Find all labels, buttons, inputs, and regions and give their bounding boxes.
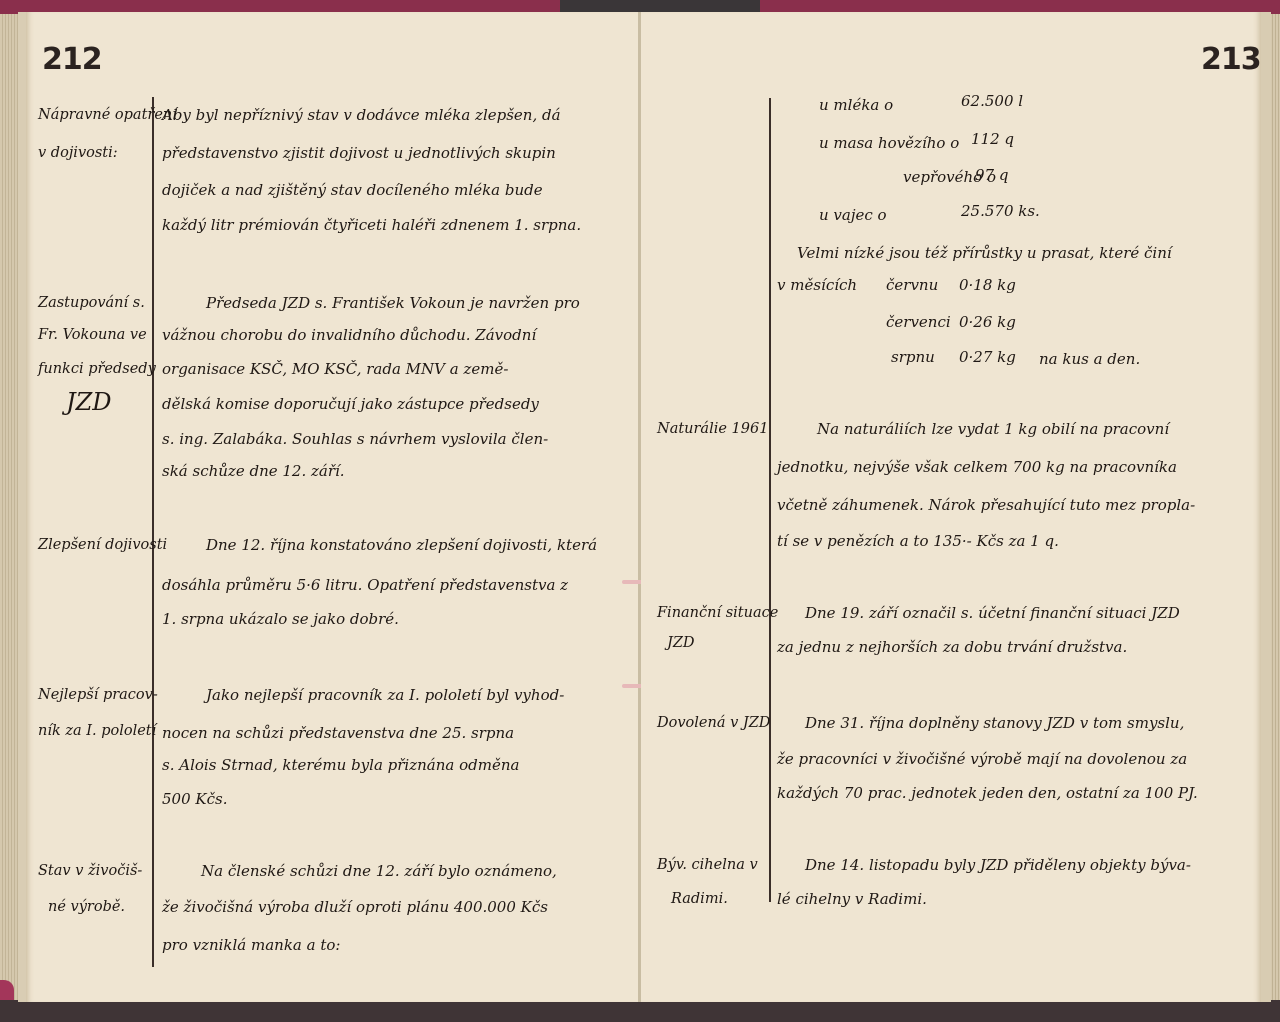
text-line: s. Alois Strnad, kterému byla přiznána o… <box>162 758 519 773</box>
text-line: Aby byl nepříznivý stav v dodávce mléka … <box>162 108 561 123</box>
text-line: jednotku, nejvýše však celkem 700 kg na … <box>777 460 1177 475</box>
text-line: za jednu z nejhorších za dobu trvání dru… <box>777 640 1127 655</box>
text-line: lé cihelny v Radimi. <box>777 892 927 907</box>
text-line: s. ing. Zalabáka. Souhlas s návrhem vysl… <box>162 432 548 447</box>
table-item: u mléka o <box>819 98 893 113</box>
text-line: Dne 19. září označil s. účetní finanční … <box>805 606 1180 621</box>
page-number: 213 <box>1201 42 1261 77</box>
text-line: 1. srpna ukázalo se jako dobré. <box>162 612 399 627</box>
margin-heading: ník za I. pololetí <box>38 724 156 739</box>
page-stack-edge-left <box>0 14 18 1000</box>
text-line: Velmi nízké jsou též přírůstky u prasat,… <box>797 246 1172 261</box>
text-line: Jako nejlepší pracovník za I. pololetí b… <box>206 688 564 703</box>
margin-heading: Dovolená v JZD <box>657 716 770 731</box>
margin-heading: JZD <box>667 636 695 651</box>
table-value: 97 q <box>975 168 1008 183</box>
text-line: organisace KSČ, MO KSČ, rada MNV a země- <box>162 362 508 377</box>
margin-heading: Fr. Vokouna ve <box>38 328 147 343</box>
text-line: dělská komise doporučují jako zástupce p… <box>162 397 539 412</box>
page-number: 212 <box>42 42 102 77</box>
text-line: každý litr prémiován čtyřiceti haléři zd… <box>162 218 581 233</box>
text-line: dojiček a nad zjištěný stav docíleného m… <box>162 183 543 198</box>
margin-heading: funkci předsedy <box>38 362 156 377</box>
text-line: vážnou chorobu do invalidního důchodu. Z… <box>162 328 536 343</box>
month-suffix: na kus a den. <box>1039 352 1140 367</box>
margin-heading: Zlepšení dojivosti <box>38 538 167 553</box>
margin-heading: Finanční situace <box>657 606 778 621</box>
margin-heading: JZD <box>66 390 112 414</box>
margin-heading: Radimi. <box>671 892 728 907</box>
month-label: červnu <box>886 278 938 293</box>
text-line: Dne 14. listopadu byly JZD přiděleny obj… <box>805 858 1191 873</box>
margin-heading: v dojivosti: <box>38 146 118 161</box>
text-line: Dne 12. října konstatováno zlepšení doji… <box>206 538 597 553</box>
left-page: 212 Nápravné opatření v dojivosti: Aby b… <box>18 12 649 1002</box>
text-line: Na členské schůzi dne 12. září bylo ozná… <box>201 864 557 879</box>
margin-heading: Nápravné opatření <box>38 108 177 123</box>
text-line: tí se v penězích a to 135·- Kčs za 1 q. <box>777 534 1059 549</box>
text-line: Dne 31. října doplněny stanovy JZD v tom… <box>805 716 1184 731</box>
text-line: Předseda JZD s. František Vokoun je navr… <box>206 296 580 311</box>
table-value: 62.500 l <box>961 94 1023 109</box>
month-value: 0·18 kg <box>959 278 1016 293</box>
margin-heading: Zastupování s. <box>38 296 145 311</box>
month-label: červenci <box>886 315 951 330</box>
table-value: 112 q <box>971 132 1014 147</box>
margin-heading: Naturálie 1961 <box>657 422 768 437</box>
margin-heading: né výrobě. <box>48 900 125 915</box>
text-line: nocen na schůzi představenstva dne 25. s… <box>162 726 514 741</box>
table-value: 25.570 ks. <box>961 204 1040 219</box>
month-value: 0·27 kg <box>959 350 1016 365</box>
text-line: ská schůze dne 12. září. <box>162 464 345 479</box>
text-line: představenstvo zjistit dojivost u jednot… <box>162 146 556 161</box>
bookmark-ribbon <box>0 980 14 1000</box>
text-line: v měsících <box>777 278 857 293</box>
text-line: pro vzniklá manka a to: <box>162 938 340 953</box>
text-line: že živočišná výroba dluží oproti plánu 4… <box>162 900 548 915</box>
book-cover-bottom <box>0 1000 1280 1022</box>
table-item: u masa hovězího o <box>819 136 959 151</box>
text-line: dosáhla průměru 5·6 litru. Opatření před… <box>162 578 568 593</box>
margin-rule <box>769 98 771 902</box>
margin-heading: Nejlepší pracov- <box>38 688 158 703</box>
margin-heading: Býv. cihelna v <box>657 858 758 873</box>
right-page: 213 u mléka o 62.500 l u masa hovězího o… <box>641 12 1271 1002</box>
text-line: 500 Kčs. <box>162 792 227 807</box>
month-value: 0·26 kg <box>959 315 1016 330</box>
margin-rule <box>152 97 154 967</box>
bleed-through <box>586 52 610 135</box>
text-line: včetně záhumenek. Nárok přesahující tuto… <box>777 498 1195 513</box>
table-item: u vajec o <box>819 208 887 223</box>
text-line: každých 70 prac. jednotek jeden den, ost… <box>777 786 1198 801</box>
month-label: srpnu <box>891 350 935 365</box>
text-line: Na naturáliích lze vydat 1 kg obilí na p… <box>817 422 1169 437</box>
margin-heading: Stav v živočiš- <box>38 864 142 879</box>
text-line: že pracovníci v živočišné výrobě mají na… <box>777 752 1187 767</box>
